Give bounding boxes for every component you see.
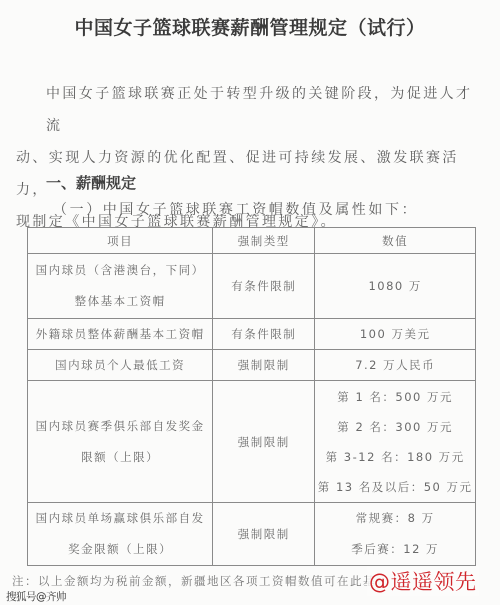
item-cell: 国内球员赛季俱乐部自发奖金 限额（上限） <box>28 381 213 503</box>
type-cell: 有条件限制 <box>213 319 315 350</box>
table-row: 国内球员个人最低工资 强制限制 7.2 万人民币 <box>28 350 476 381</box>
section-heading: 一、薪酬规定 <box>46 172 136 193</box>
table-header-row: 项目 强制类型 数值 <box>28 228 476 254</box>
author-watermark: @遥遥领先 <box>367 566 479 596</box>
value-cell: 1080 万 <box>315 254 476 319</box>
page-title: 中国女子篮球联赛薪酬管理规定（试行） <box>0 13 500 40</box>
header-value: 数值 <box>315 228 476 254</box>
salary-cap-table: 项目 强制类型 数值 国内球员（含港澳台，下同） 整体基本工资帽 有条件限制 1… <box>27 227 476 566</box>
item-line: 限额（上限） <box>28 442 212 473</box>
item-cell: 国内球员（含港澳台，下同） 整体基本工资帽 <box>28 254 213 319</box>
value-cell: 7.2 万人民币 <box>315 350 476 381</box>
source-watermark: 搜狐号@齐帅 <box>6 589 66 604</box>
value-line: 季后赛：12 万 <box>315 534 475 565</box>
table-row: 外籍球员整体薪酬基本工资帽 有条件限制 100 万美元 <box>28 319 476 350</box>
value-cell: 100 万美元 <box>315 319 476 350</box>
item-line: 国内球员赛季俱乐部自发奖金 <box>28 411 212 442</box>
value-line: 第 1 名：500 万元 <box>315 382 475 412</box>
subsection-heading: （一）中国女子篮球联赛工资帽数值及属性如下： <box>53 199 418 219</box>
item-line: 国内球员单场赢球俱乐部自发 <box>28 503 212 534</box>
header-type: 强制类型 <box>213 228 315 254</box>
table-row: 国内球员（含港澳台，下同） 整体基本工资帽 有条件限制 1080 万 <box>28 254 476 319</box>
item-cell: 外籍球员整体薪酬基本工资帽 <box>28 319 213 350</box>
header-item: 项目 <box>28 228 213 254</box>
value-line: 第 13 名及以后：50 万元 <box>315 472 475 502</box>
item-line: 奖金限额（上限） <box>28 534 212 565</box>
value-line: 常规赛：8 万 <box>315 503 475 534</box>
value-line: 第 2 名：300 万元 <box>315 412 475 442</box>
type-cell: 强制限制 <box>213 503 315 566</box>
item-cell: 国内球员单场赢球俱乐部自发 奖金限额（上限） <box>28 503 213 566</box>
value-line: 第 3-12 名：180 万元 <box>315 442 475 472</box>
value-cell: 常规赛：8 万 季后赛：12 万 <box>315 503 476 566</box>
intro-line-1: 中国女子篮球联赛正处于转型升级的关键阶段，为促进人才流 <box>16 78 486 142</box>
item-line: 整体基本工资帽 <box>28 286 212 317</box>
type-cell: 有条件限制 <box>213 254 315 319</box>
value-cell: 第 1 名：500 万元 第 2 名：300 万元 第 3-12 名：180 万… <box>315 381 476 503</box>
type-cell: 强制限制 <box>213 350 315 381</box>
table-row: 国内球员单场赢球俱乐部自发 奖金限额（上限） 强制限制 常规赛：8 万 季后赛：… <box>28 503 476 566</box>
item-line: 国内球员（含港澳台，下同） <box>28 255 212 286</box>
table-row: 国内球员赛季俱乐部自发奖金 限额（上限） 强制限制 第 1 名：500 万元 第… <box>28 381 476 503</box>
item-cell: 国内球员个人最低工资 <box>28 350 213 381</box>
type-cell: 强制限制 <box>213 381 315 503</box>
